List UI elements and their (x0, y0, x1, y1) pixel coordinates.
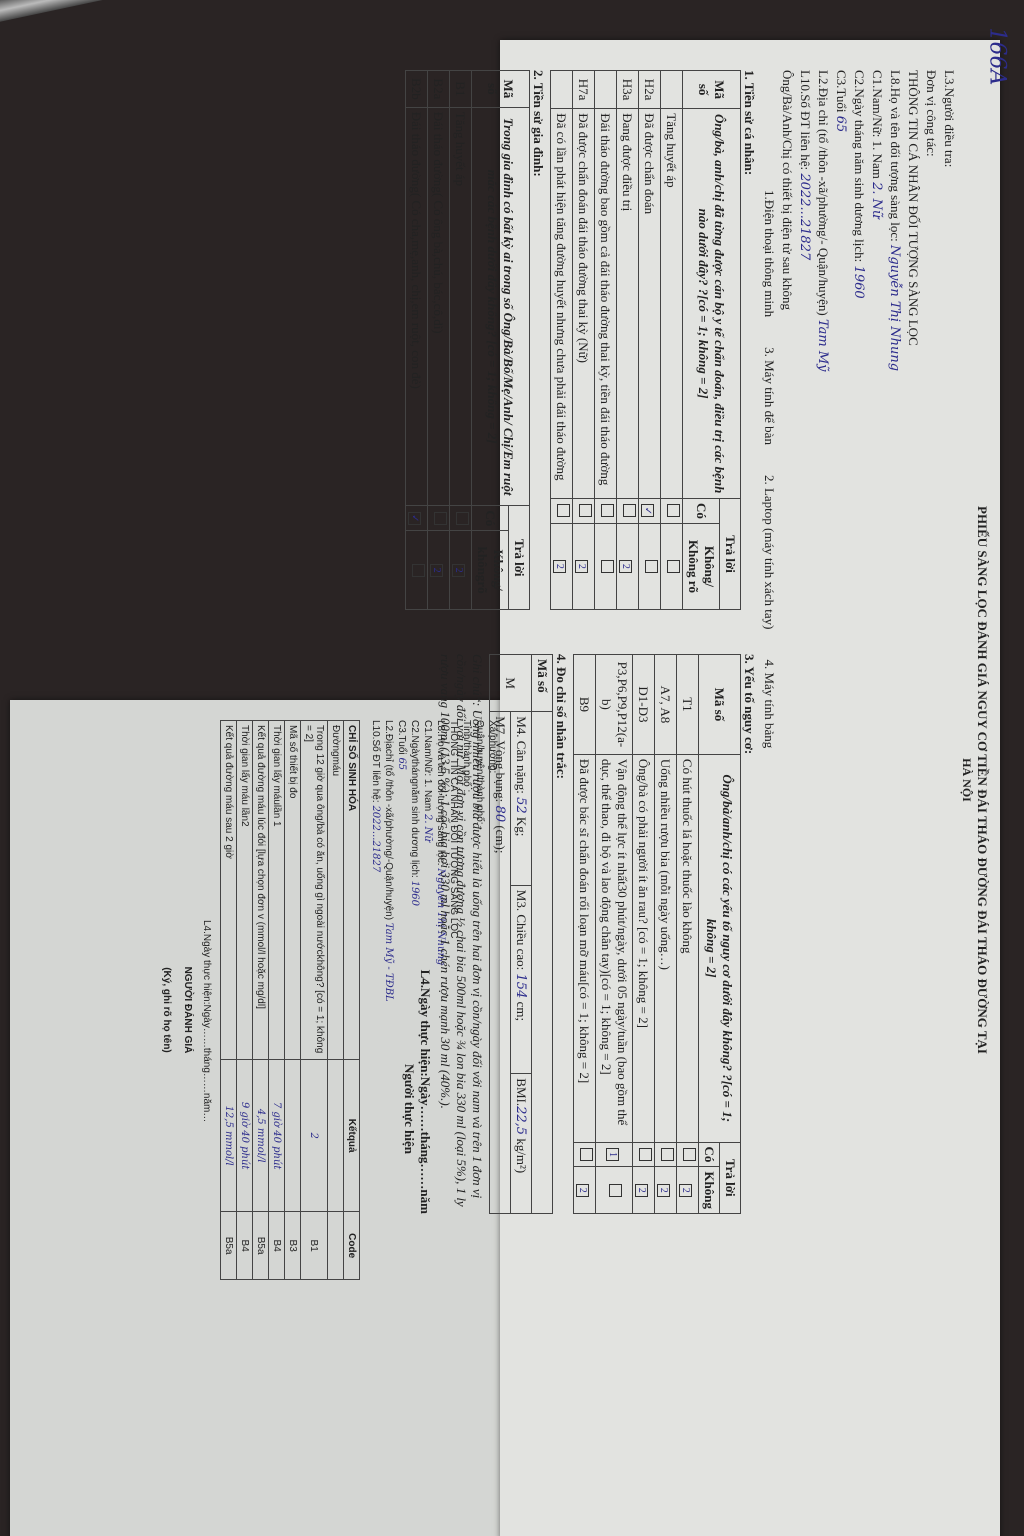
table-row: D1-D3Ông/bà có phải người ít ăn rau? [có… (633, 655, 655, 1214)
table-row: H3aĐang được điều trị2 (617, 71, 639, 610)
device-option: 2. Laptop (máy tính xách tay) (762, 475, 777, 630)
answer-checkbox-no[interactable]: 2 (620, 560, 633, 573)
table-row: Mã số thiết bị đoB3 (285, 721, 301, 1280)
table-row: Tăng huyết áp (661, 71, 683, 610)
alcohol-note: Ghi chú*: Uống nhiều rượu bia được hiểu … (437, 654, 485, 1214)
row-text: Đang được điều trị (617, 109, 639, 499)
screening-field: L3.Người điều tra: (941, 70, 957, 1490)
personal-history-table: Mã số Ông/bà, anh/chị đã từng được cán b… (550, 70, 741, 610)
row-code: T1 (677, 655, 699, 755)
row-code: H2a (639, 71, 661, 109)
answer-checkbox-no[interactable]: 2 (431, 564, 444, 577)
field-label: C2.Ngày tháng năm sinh dương lịch: (852, 70, 867, 262)
answer-checkbox-yes[interactable] (456, 512, 469, 525)
section4-heading: 4. Đo chỉ số nhân trắc: (553, 654, 569, 1214)
bmi-value: 22,5 (513, 1106, 528, 1135)
biochem-result: 7 giờ 40 phút (269, 1060, 285, 1212)
glucose-field: L2.Địachỉ (tổ /thôn -xã/phường/-Quận/huy… (383, 720, 394, 1510)
pen (0, 0, 111, 25)
field-value: Nguyễn Thị Nhung (887, 245, 902, 371)
answer-checkbox-no[interactable] (412, 564, 425, 577)
row-text: Đã được chẩn đoán (639, 109, 661, 499)
field-label: C3.Tuổi (834, 70, 849, 113)
table-row: Trong 12 giờ qua ông/bà có ăn, uống gì n… (301, 721, 328, 1280)
evaluator-signature-note: (Ký, ghi rõ họ tên) (161, 880, 172, 1140)
field-label: C1.Nam/Nữ: 1. Nam (870, 70, 885, 179)
biochem-name: Thời gian lấy máu lần2 (237, 721, 253, 1060)
table-row: A7, A8Uống nhiều rượu bia (mỗi ngày uống… (655, 655, 677, 1214)
s3-col-no: Không (699, 1167, 720, 1214)
field-value: Tam Mỹ (815, 319, 830, 372)
waist-field: M7. Vòng bụng: 80 (cm); (490, 712, 511, 1214)
row-code: B9 (574, 655, 596, 755)
biochem-result: 2 (301, 1060, 328, 1212)
answer-checkbox-yes[interactable]: ✓ (642, 504, 655, 517)
field-label: L10.Số ĐT liên hệ: (370, 720, 381, 803)
field-value: 2022...21827 (797, 173, 812, 260)
s1-col-no: Không/ Không rõ (683, 523, 720, 609)
answer-checkbox-yes[interactable] (683, 1148, 696, 1161)
section1-heading: 1. Tiền sử cá nhân: (741, 70, 757, 630)
waist-value: 80 (492, 806, 507, 823)
answer-checkbox-yes[interactable] (580, 1148, 593, 1161)
biochem-name: Trong 12 giờ qua ông/bà có ăn, uống gì n… (301, 721, 328, 1060)
table-row: Thời gian lấy máulần 17 giờ 40 phútB4 (269, 721, 285, 1280)
field-value: 1960 (851, 266, 866, 299)
device-option: 4. Máy tính bảng (762, 659, 777, 748)
performer-title: Người thực hiện (401, 654, 417, 1154)
row-code: P3,P6,P9,P12(a-b) (596, 655, 633, 755)
col-code: Code (344, 1212, 360, 1280)
screening-field: C1.Nam/Nữ: 1. Nam 2. Nữ (869, 70, 885, 1490)
screening-form-title: PHIẾU SÀNG LỌC ĐÁNH GIÁ NGUY CƠ TIỀN ĐÁI… (974, 70, 990, 1490)
screening-field: C3.Tuổi 65 (833, 70, 849, 1490)
device-options: 1.Điện thoại thông minh3. Máy tính để bà… (761, 70, 777, 1490)
height-field: M3. Chiều cao: 154 cm; (511, 885, 532, 1074)
biochem-result: 12,5 mmol/l (221, 1060, 237, 1212)
field-value: 65 (833, 116, 848, 133)
biochem-code (328, 1212, 344, 1280)
s2-col-no: Không/ khôngrõ (472, 531, 509, 610)
row-text: Đã có lần phát hiện tăng đường huyết như… (551, 109, 573, 499)
answer-checkbox-no[interactable]: 2 (680, 1184, 693, 1197)
s3-col-answer: Trả lời (720, 1142, 741, 1213)
field-value: 2022...21827 (370, 805, 381, 872)
table-row: Đã có lần phát hiện tăng đường huyết như… (551, 71, 573, 610)
s3-col-question: Ông/bà/anh/chị có các yếu tố nguy cơ dướ… (699, 754, 741, 1142)
device-option: 1.Điện thoại thông minh (762, 190, 777, 317)
biochem-code: B3 (285, 1212, 301, 1280)
answer-checkbox-yes[interactable] (579, 504, 592, 517)
col-result: Kếtquả (344, 1060, 360, 1212)
family-history-table: Mã số Trong gia đình có bất kỳ ai trong … (405, 70, 530, 610)
answer-checkbox-yes[interactable] (434, 512, 447, 525)
answer-checkbox-no[interactable] (667, 560, 680, 573)
bmi-field: BMI.22,5 kg/m²) (511, 1074, 532, 1214)
screening-form-content: PHIẾU SÀNG LỌC ĐÁNH GIÁ NGUY CƠ TIỀN ĐÁI… (500, 40, 1000, 1520)
s2-col-question: Trong gia đình có bất kỳ ai trong số Ông… (472, 107, 530, 506)
biochem-result: 4,5 mmol/l (253, 1060, 269, 1212)
row-code (595, 71, 617, 109)
row-text: Uống nhiều rượu bia (mỗi ngày uống…) (655, 754, 677, 1142)
biochem-name: Thời gian lấy máulần 1 (269, 721, 285, 1060)
device-question: Ông/Bà/Anh/Chị có thiết bị điện tử sau k… (779, 70, 795, 1490)
table-row: Kết quả đường máu lúc đói [lựa chọn đơn … (253, 721, 269, 1280)
answer-checkbox-no[interactable]: 2 (554, 560, 567, 573)
biochem-table: CHỈ SỐ SINH HÓA Kếtquả Code ĐườngmáuTron… (220, 720, 360, 1280)
answer-checkbox-yes[interactable] (667, 504, 680, 517)
table-row: Thời gian lấy máu lần29 giờ 40 phútB4 (237, 721, 253, 1280)
s1-col-question: Ông/bà, anh/chị đã từng được cán bộ y tế… (683, 109, 741, 499)
row-code (661, 71, 683, 109)
row-text: Có hút thuốc lá hoặc thuốc lào không (677, 754, 699, 1142)
field-label: L3.Người điều tra: (942, 70, 957, 167)
row-text: Vận động thể lực ít nhất30 phút/ngày, dư… (596, 754, 633, 1142)
s3-col-code: Mã số (699, 655, 741, 755)
answer-checkbox-no[interactable] (601, 560, 614, 573)
row-text: Đái tháo đường( Có cha,mẹ,anh, chị,em ru… (406, 107, 428, 506)
answer-checkbox-yes[interactable]: ✓ (409, 512, 422, 525)
row-code: B2b (406, 71, 428, 108)
answer-checkbox-yes[interactable] (601, 504, 614, 517)
answer-checkbox-yes[interactable] (639, 1148, 652, 1161)
table-row: P3,P6,P9,P12(a-b)Vận động thể lực ít nhấ… (596, 655, 633, 1214)
section3-heading: 3. Yếu tố nguy cơ: (741, 654, 757, 1214)
form-number-annotation: 166A (984, 28, 1009, 86)
s1-col-code: Mã số (683, 71, 741, 109)
table-row: B1Tăng huyết áp2 (450, 71, 472, 610)
screening-field: Đơn vị công tác: (923, 70, 939, 1490)
answer-checkbox-no[interactable] (610, 1184, 623, 1197)
s2-col-answer: Trả lời (509, 506, 530, 610)
table-row: H2aĐã được chẩn đoán✓ (639, 71, 661, 610)
screening-field: C2.Ngày tháng năm sinh dương lịch: 1960 (851, 70, 867, 1490)
screening-form-sheet: PHIẾU SÀNG LỌC ĐÁNH GIÁ NGUY CƠ TIỀN ĐÁI… (500, 40, 1000, 1536)
answer-checkbox-no[interactable]: 2 (576, 560, 589, 573)
row-code: B1 (450, 71, 472, 108)
s1-col-answer: Trả lời (720, 498, 741, 609)
screening-field: L8.Họ và tên đối tượng sàng lọc: Nguyễn … (887, 70, 903, 1490)
answer-checkbox-yes[interactable] (661, 1148, 674, 1161)
s4-col-code: Mã số (532, 655, 553, 712)
glucose-field: L10.Số ĐT liên hệ: 2022...21827 (370, 720, 381, 1510)
anthropometry-table: Mã số M M4. Cân nặng: 52 Kg; M3. Chiều c… (489, 654, 553, 1214)
row-text: Ông/bà có phải người ít ăn rau? [có = 1;… (633, 754, 655, 1142)
screening-date-line: L4.Ngày thực hiện:Ngày……tháng……năm (417, 654, 433, 1214)
row-text: Đã được bác sĩ chẩn đoán rối loạn mỡ máu… (574, 754, 596, 1142)
row-code: H3a (617, 71, 639, 109)
section2-heading: 2. Tiền sử gia đình: (530, 70, 546, 630)
biochem-name: Kết quả đường máu lúc đói [lựa chọn đơn … (253, 721, 269, 1060)
screening-form-city: HÀ NỘI (959, 70, 974, 1490)
field-value: 2. Nữ (869, 182, 884, 218)
table-row: Đái tháo đường bao gồm cả đái tháo đường… (595, 71, 617, 610)
answer-checkbox-no[interactable]: 2 (658, 1184, 671, 1197)
biochem-result: 9 giờ 40 phút (237, 1060, 253, 1212)
glucose-date-line: L4.Ngày thực hiện:Ngày……tháng……năm… (201, 920, 212, 1510)
answer-checkbox-yes[interactable] (557, 504, 570, 517)
table-row: Đườngmáu (328, 721, 344, 1280)
row-code (551, 71, 573, 109)
weight-value: 52 (513, 797, 528, 814)
height-value: 154 (513, 974, 528, 999)
row-code: D1-D3 (633, 655, 655, 755)
biochem-name: Mã số thiết bị đo (285, 721, 301, 1060)
table-row: B2aĐái tháo đường( Có ông bà,chú, bác,cô… (428, 71, 450, 610)
s2-col-code: Mã số (472, 71, 530, 108)
answer-checkbox-no[interactable]: 2 (636, 1184, 649, 1197)
s2-col-yes: Có (472, 506, 509, 531)
biochem-result (285, 1060, 301, 1212)
screening-field: L2.Địa chỉ (tổ /thôn -xã/phường/- Quận/h… (815, 70, 831, 1490)
row-text: Đã được chẩn đoán đái tháo đường thai kỳ… (573, 109, 595, 499)
table-row: Kết quả đường máu sau 2 giờ12,5 mmol/lB5… (221, 721, 237, 1280)
biochem-code: B4 (237, 1212, 253, 1280)
weight-field: M4. Cân nặng: 52 Kg; (511, 712, 532, 886)
risk-factor-table: Mã số Ông/bà/anh/chị có các yếu tố nguy … (573, 654, 741, 1214)
field-label: L2.Địachỉ (tổ /thôn -xã/phường/-Quận/huy… (383, 720, 394, 920)
answer-checkbox-no[interactable] (645, 560, 658, 573)
table-row: B9Đã được bác sĩ chẩn đoán rối loạn mỡ m… (574, 655, 596, 1214)
field-label: L8.Họ và tên đối tượng sàng lọc: (888, 70, 903, 242)
answer-checkbox-yes[interactable] (623, 504, 636, 517)
row-text: Đái tháo đường( Có ông bà,chú, bác,cô,dì… (428, 107, 450, 506)
table-row: T1Có hút thuốc lá hoặc thuốc lào không2 (677, 655, 699, 1214)
s1-col-yes: Có (683, 498, 720, 523)
field-label: L10.Số ĐT liên hệ: (798, 70, 813, 170)
biochem-name: Kết quả đường máu sau 2 giờ (221, 721, 237, 1060)
s4-code: M (490, 655, 532, 712)
biochem-code: B4 (269, 1212, 285, 1280)
biochem-code: B5a (253, 1212, 269, 1280)
field-label: Đơn vị công tác: (924, 70, 939, 157)
field-label: THÔNG TIN CÁ NHÂN ĐỐI TƯỢNG SÀNG LỌC (906, 70, 921, 346)
biochem-name: Đườngmáu (328, 721, 344, 1060)
row-text: Tăng huyết áp (661, 109, 683, 499)
screening-field: THÔNG TIN CÁ NHÂN ĐỐI TƯỢNG SÀNG LỌC (905, 70, 921, 1490)
row-text: Đái tháo đường bao gồm cả đái tháo đường… (595, 109, 617, 499)
screening-form-fields: L3.Người điều tra: Đơn vị công tác: THÔN… (797, 70, 957, 1490)
row-code: H7a (573, 71, 595, 109)
field-label: L2.Địa chỉ (tổ /thôn -xã/phường/- Quận/h… (816, 70, 831, 316)
answer-checkbox-no[interactable]: 2 (453, 564, 466, 577)
biochem-code: B1 (301, 1212, 328, 1280)
table-row: B2bĐái tháo đường( Có cha,mẹ,anh, chị,em… (406, 71, 428, 610)
table-row: H7aĐã được chẩn đoán đái tháo đường thai… (573, 71, 595, 610)
biochem-result (328, 1060, 344, 1212)
biochem-code: B5a (221, 1212, 237, 1280)
device-option: 3. Máy tính để bàn (762, 347, 777, 445)
answer-checkbox-no[interactable]: 2 (577, 1184, 590, 1197)
screening-field: L10.Số ĐT liên hệ: 2022...21827 (797, 70, 813, 1490)
evaluator-title: NGƯỜI ĐÁNH GIÁ (182, 880, 193, 1140)
s3-col-yes: Có (699, 1142, 720, 1167)
row-code: A7, A8 (655, 655, 677, 755)
field-value: Tam Mỹ - TĐBL (383, 923, 394, 1002)
photo-scene: KẾT QUẢ XÉT NGHIỆM ĐƯỜNG HUYẾT CỦA ĐỐI T… (0, 0, 1024, 1536)
row-code: B2a (428, 71, 450, 108)
col-biochem-name: CHỈ SỐ SINH HÓA (344, 721, 360, 1060)
answer-checkbox-yes[interactable]: 1 (606, 1148, 619, 1161)
row-text: Tăng huyết áp (450, 107, 472, 506)
